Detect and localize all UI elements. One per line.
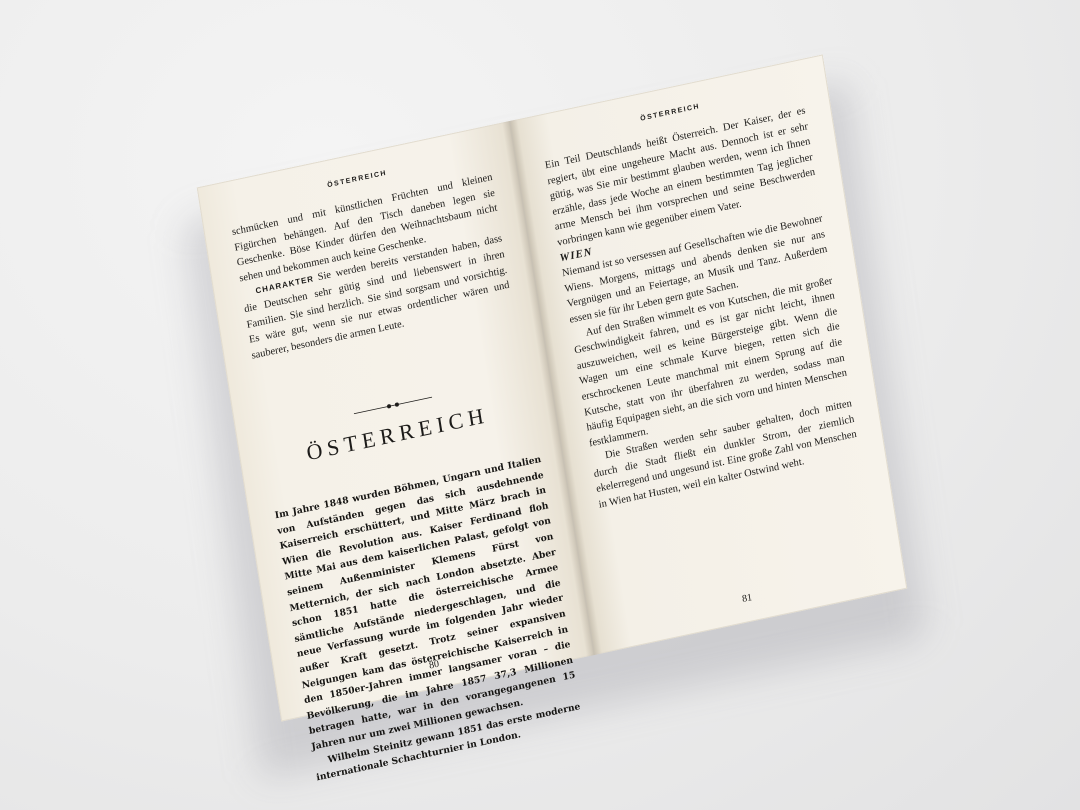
right-body-text: Ein Teil Deutschlands heißt Österreich. … xyxy=(544,103,860,513)
history-sidebar: Im Jahre 1848 wurden Böhmen, Ungarn und … xyxy=(274,452,584,786)
ornament-divider-icon xyxy=(353,393,433,418)
photo-scene: ÖSTERREICH schmücken und mit künstlichen… xyxy=(0,0,1080,810)
